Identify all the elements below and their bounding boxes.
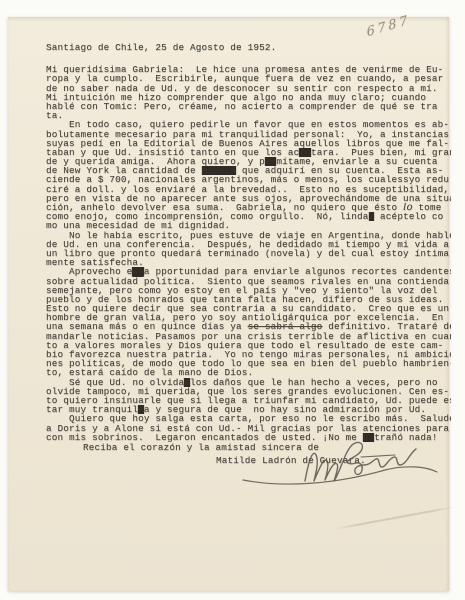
paragraph: En todo caso, quiero pedirle un favor qu… bbox=[46, 120, 451, 230]
letter-line: tar muy tranquilda y segura de que no ha… bbox=[46, 405, 451, 414]
letter-line: Mi intuición me hizo comprender que algo… bbox=[46, 93, 451, 102]
letter-line: olvide tampoco, mi querida, que los sere… bbox=[46, 387, 451, 396]
letter-line: mandarle noticias. Pasamos por una crisi… bbox=[46, 332, 451, 341]
letter-line: de no saber nada de Ud. y de desconocer … bbox=[46, 84, 451, 93]
letter-line: Mi queridísima Gabriela: Le hice una pro… bbox=[46, 65, 451, 74]
letter-line: Esto no quiere decir que sea contraria a… bbox=[46, 304, 451, 313]
letter-line: pero en vista de no aparecer ante sus oj… bbox=[46, 194, 451, 203]
letter-line: a Doris y a Alone si está con Ud.- Mil g… bbox=[46, 424, 451, 433]
letter-content: Santiago de Chile, 25 de Agosto de 1952.… bbox=[46, 43, 451, 465]
letter-line: pueblo y de los honrados que tanta falta… bbox=[46, 295, 451, 304]
letter-line: bolutamente mecesario para mi tranquilid… bbox=[46, 130, 451, 139]
letter-line: una semana más o en quince días ya se sa… bbox=[46, 322, 451, 331]
scanned-letter-page: 6787 Santiago de Chile, 25 de Agosto de … bbox=[0, 0, 465, 600]
letter-line: to a valores morales y Dios quiera que t… bbox=[46, 341, 451, 350]
letter-line: Quiero que hoy salga esta carta, por eso… bbox=[46, 414, 451, 423]
letter-line: ciré a doll. y los enviaré a la brevedad… bbox=[46, 185, 451, 194]
flourish-underline-stroke bbox=[243, 467, 437, 484]
letter-line: to, estará caído de la mano de Dios. bbox=[46, 368, 451, 377]
letter-line: nes políticas, de modo que todo lo que s… bbox=[46, 359, 451, 368]
letter-line: un libro que pronto quedará terminado (n… bbox=[46, 249, 451, 258]
archive-page-number: 6787 bbox=[366, 13, 411, 40]
paper-crease bbox=[335, 506, 455, 530]
letter-line: mo una mecesidad de mi dignidad. bbox=[46, 221, 451, 230]
letter-line: bio favorezca nuestra patria. Yo no teng… bbox=[46, 350, 451, 359]
letter-line: de New York la cantidad de dinero que ad… bbox=[46, 166, 451, 175]
letter-line: ciende a $ 700, nacionales argentinos, m… bbox=[46, 175, 451, 184]
paragraph: Aprovecho esta pportunidad para enviarle… bbox=[46, 267, 451, 377]
signature-flourish bbox=[235, 450, 447, 490]
letter-line: ción, anhelo devolver esa suma. Gabriela… bbox=[46, 203, 451, 212]
letter-line: hombre de gran valía, pero yo soy antiol… bbox=[46, 313, 451, 322]
letter-line: de y querida amiga. Ahora quiero, y perm… bbox=[46, 157, 451, 166]
flourish-dash-stroke bbox=[361, 455, 395, 457]
letter-line: ropa y la cumplo. Escribirle, aunque fue… bbox=[46, 74, 451, 83]
letter-line: mente satisfecha. bbox=[46, 258, 451, 267]
letter-line: to quiero insinuarle que si llega a triu… bbox=[46, 396, 451, 405]
paragraph: Sé que Ud. no olvidamlos daños que le ha… bbox=[46, 378, 451, 415]
letter-line: No le había escrito, pues estuve de viaj… bbox=[46, 231, 451, 240]
letter-line: sobre actualidad política. Siento que se… bbox=[46, 277, 451, 286]
letter-line: ta. bbox=[46, 111, 451, 120]
letter-line: semejante, pero como yo estoy en el país… bbox=[46, 286, 451, 295]
paragraph: Mi queridísima Gabriela: Le hice una pro… bbox=[46, 65, 451, 120]
letter-line: taban y que Ud. insistió tanto en que lo… bbox=[46, 148, 451, 157]
letter-line: suyas pedí en la Editorial de Buenos Air… bbox=[46, 139, 451, 148]
letter-line: hablé con Tomic: Pero, créame, no aciert… bbox=[46, 102, 451, 111]
letter-line: Aprovecho esta pportunidad para enviarle… bbox=[46, 267, 451, 276]
letter-paper: 6787 Santiago de Chile, 25 de Agosto de … bbox=[8, 17, 449, 591]
paragraph: No le había escrito, pues estuve de viaj… bbox=[46, 231, 451, 268]
letter-body: Mi queridísima Gabriela: Le hice una pro… bbox=[46, 65, 451, 442]
letter-line: de Ud. en una conferencia. Después, he d… bbox=[46, 240, 451, 249]
letter-line: Sé que Ud. no olvidamlos daños que le ha… bbox=[46, 378, 451, 387]
date-line: Santiago de Chile, 25 de Agosto de 1952. bbox=[46, 43, 451, 52]
letter-line: como enojo, como incomprensión, como org… bbox=[46, 212, 451, 221]
letter-line: En todo caso, quiero pedirle un favor qu… bbox=[46, 120, 451, 129]
